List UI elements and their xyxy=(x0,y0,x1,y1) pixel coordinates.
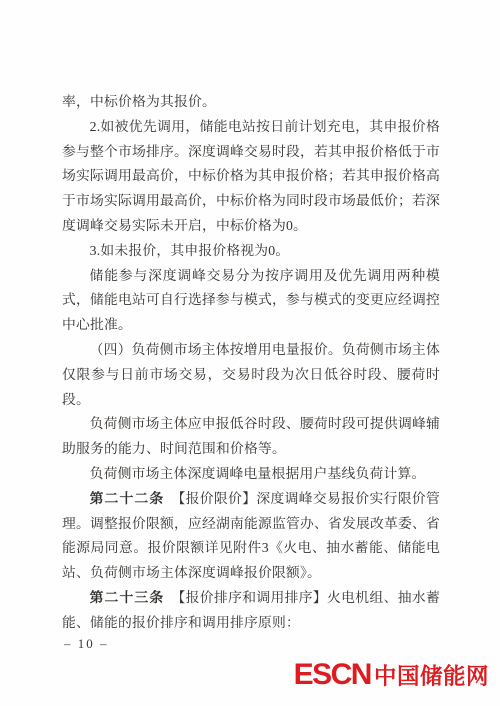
article-number: 第二十二条 xyxy=(90,491,165,506)
paragraph-text: 率，中标价格为其报价。 xyxy=(62,94,216,109)
paragraph: （四）负荷侧市场主体按增用电量报价。负荷侧市场主体仅限参与日前市场交易，交易时段… xyxy=(62,338,440,412)
paragraph-text: 负荷侧市场主体应申报低谷时段、腰荷时段可提供调峰辅助服务的能力、时间范围和价格等… xyxy=(62,416,440,456)
paragraph-text: 2.如被优先调用，储能电站按日前计划充电，其申报价格参与整个市场排序。深度调峰交… xyxy=(62,119,440,233)
paragraph: 储能参与深度调峰交易分为按序调用及优先调用两种模式，储能电站可自行选择参与模式，… xyxy=(62,264,440,338)
paragraph: 负荷侧市场主体深度调峰电量根据用户基线负荷计算。 xyxy=(62,462,440,487)
paragraph-text: （四）负荷侧市场主体按增用电量报价。负荷侧市场主体仅限参与日前市场交易，交易时段… xyxy=(62,342,440,407)
paragraph-article-23: 第二十三条 【报价排序和调用排序】火电机组、抽水蓄能、储能的报价排序和调用排序原… xyxy=(62,586,440,636)
document-page: 率，中标价格为其报价。 2.如被优先调用，储能电站按日前计划充电，其申报价格参与… xyxy=(0,0,500,706)
paragraph-text: 储能参与深度调峰交易分为按序调用及优先调用两种模式，储能电站可自行选择参与模式，… xyxy=(62,268,440,333)
page-number: – 10 – xyxy=(64,636,109,652)
escn-logo-latin-text: ESCN xyxy=(294,658,371,692)
paragraph: 率，中标价格为其报价。 xyxy=(62,90,440,115)
escn-logo: ESCN 中国储能网 xyxy=(294,658,489,692)
paragraph-article-22: 第二十二条 【报价限价】深度调峰交易报价实行限价管理。调整报价限额，应经湖南能源… xyxy=(62,487,440,586)
article-number: 第二十三条 xyxy=(90,590,165,605)
paragraph-text: 3.如未报价，其申报价格视为0。 xyxy=(90,243,290,258)
escn-logo-chinese-text: 中国储能网 xyxy=(374,659,489,691)
paragraph: 负荷侧市场主体应申报低谷时段、腰荷时段可提供调峰辅助服务的能力、时间范围和价格等… xyxy=(62,412,440,462)
paragraph: 2.如被优先调用，储能电站按日前计划充电，其申报价格参与整个市场排序。深度调峰交… xyxy=(62,115,440,239)
paragraph-text: 负荷侧市场主体深度调峰电量根据用户基线负荷计算。 xyxy=(90,466,426,481)
paragraph: 3.如未报价，其申报价格视为0。 xyxy=(62,239,440,264)
document-body: 率，中标价格为其报价。 2.如被优先调用，储能电站按日前计划充电，其申报价格参与… xyxy=(62,90,440,636)
